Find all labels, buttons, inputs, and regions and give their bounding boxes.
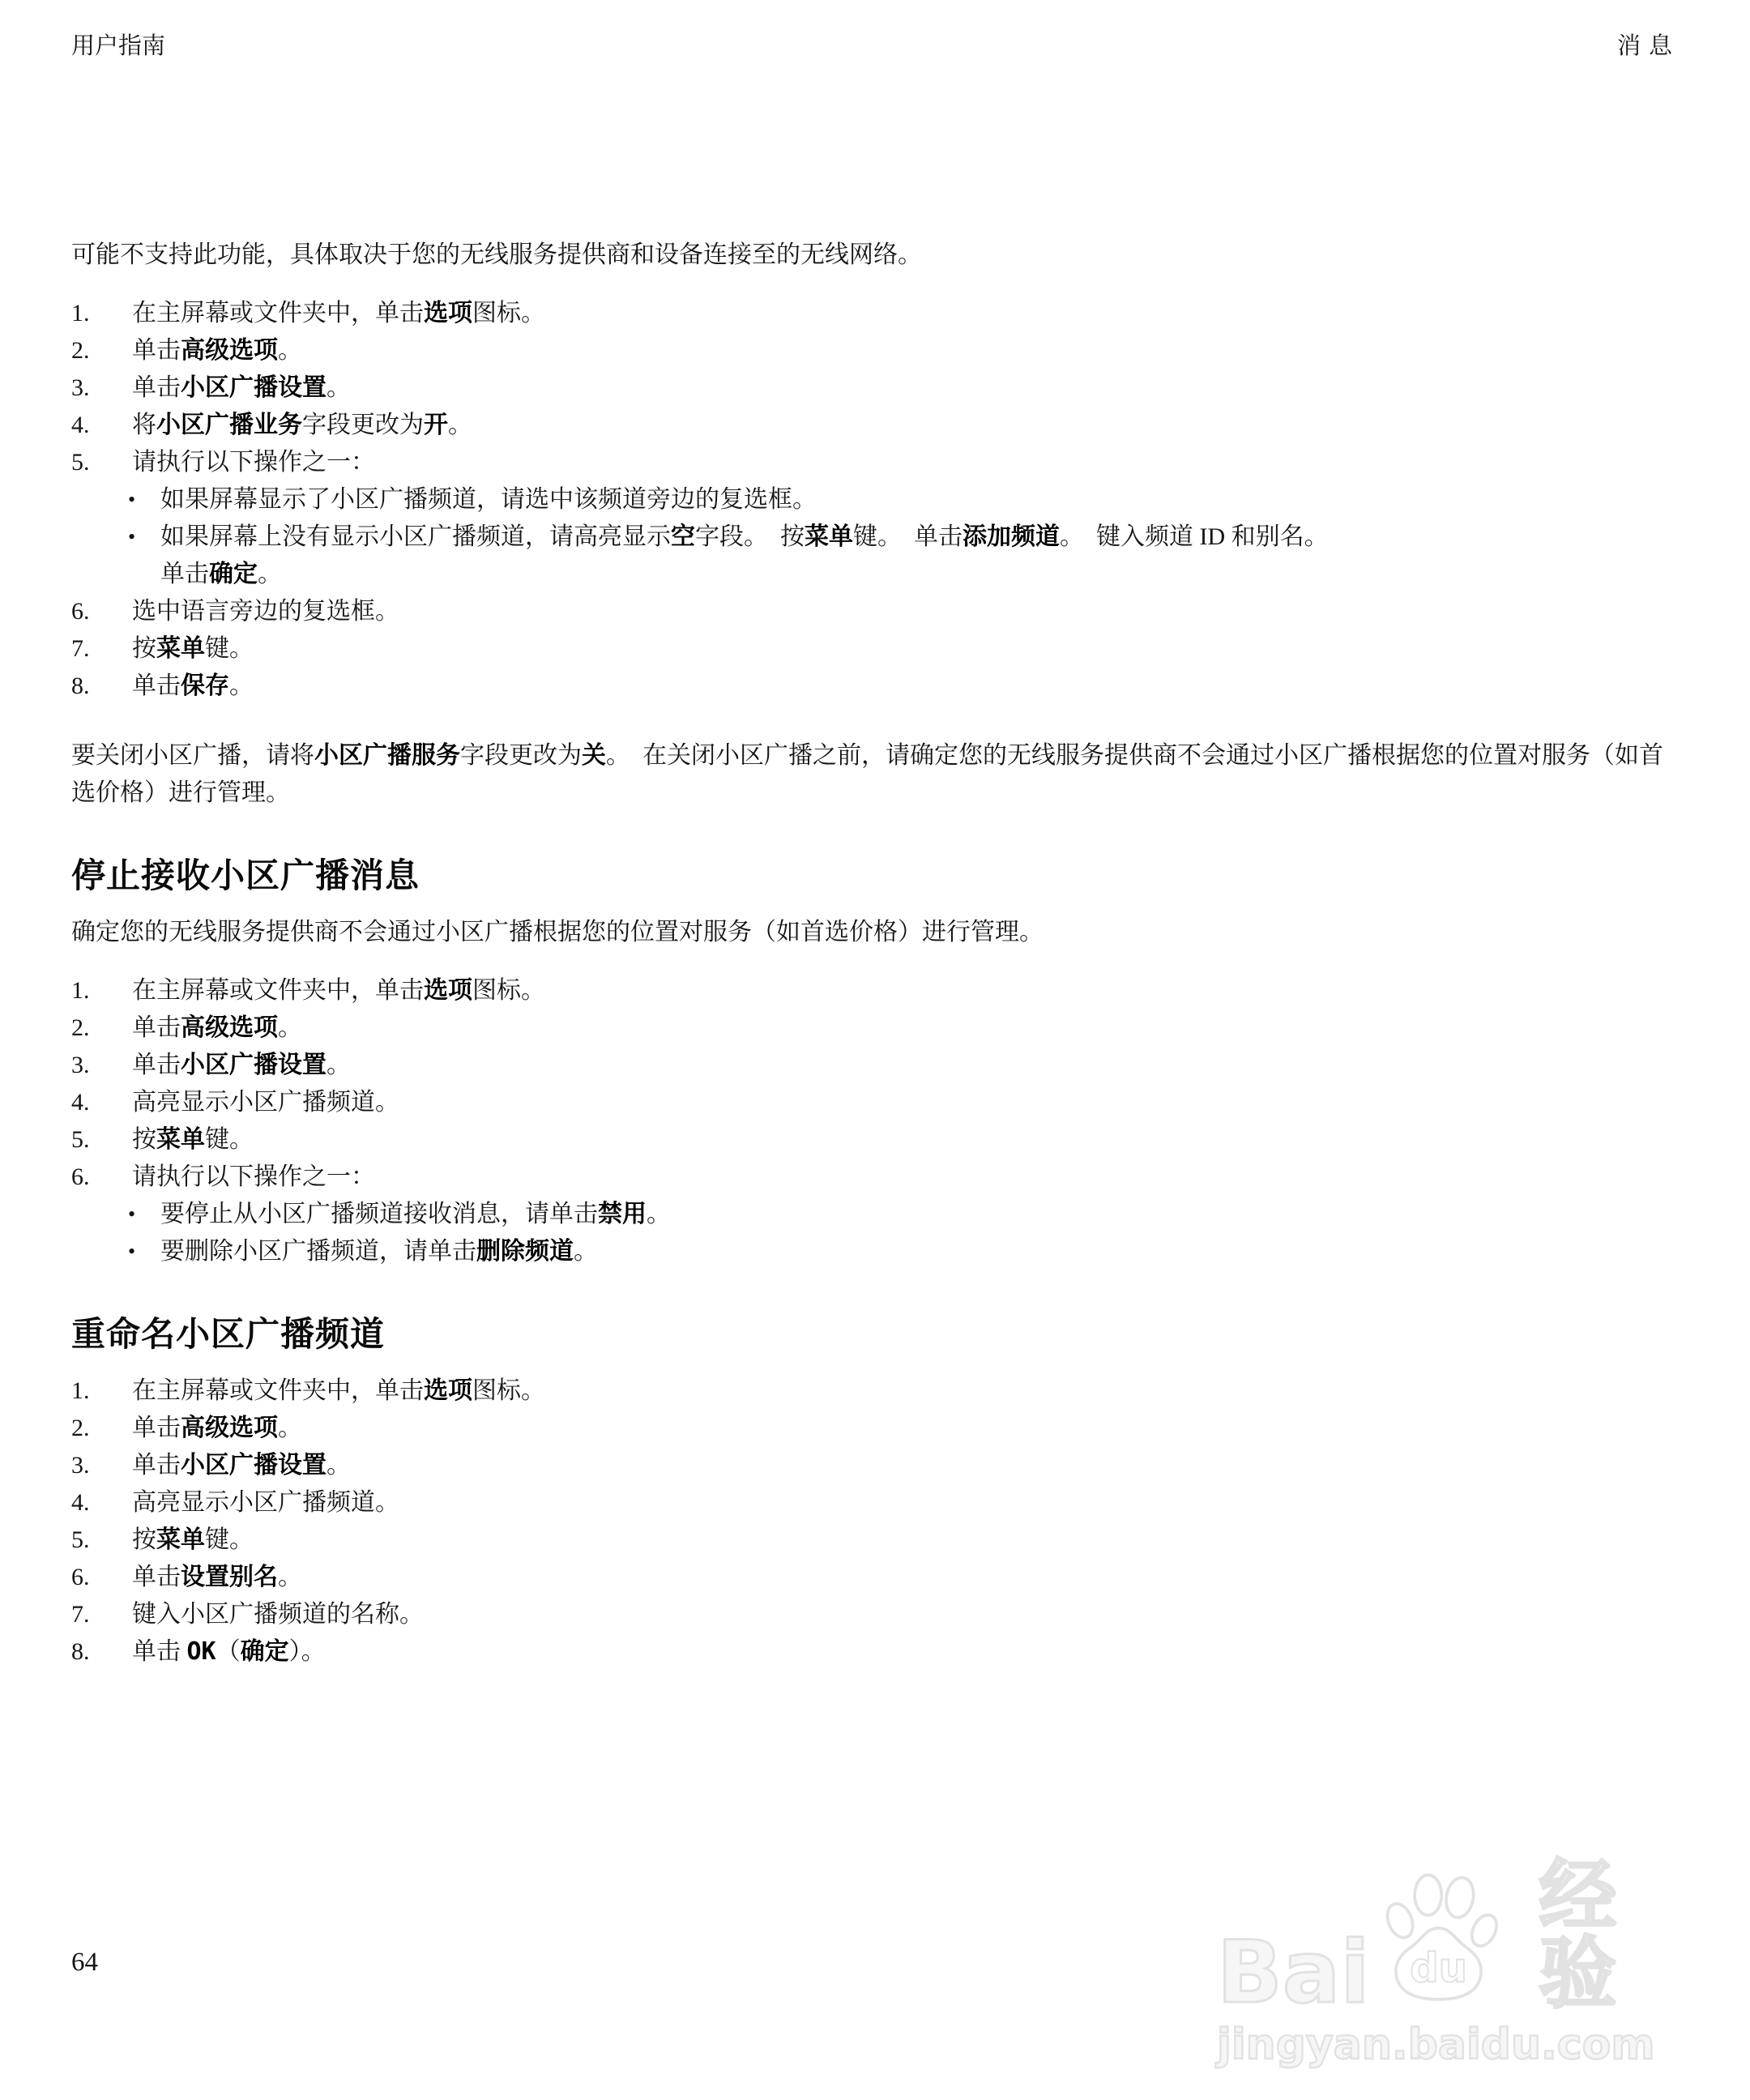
text-segment: 选中语言旁边的复选框。 [132,598,399,625]
text-segment: 按 [132,1526,156,1553]
section-heading: 停止接收小区广播消息 [71,854,1680,898]
text-segment: 。 [448,412,472,438]
list-item-text: 单击高级选项。 [132,332,1680,369]
text-segment: 字段更改为 [302,412,424,438]
text-segment: 。 [647,1201,671,1227]
text-segment: 高亮显示小区广播频道。 [132,1089,399,1116]
text-segment: 设置别名 [181,1564,278,1590]
list-item: 4.高亮显示小区广播频道。 [71,1084,1680,1121]
bullet-icon: • [128,1233,160,1270]
text-segment: 选项 [424,1377,472,1404]
text-segment: 单击 [132,1564,181,1590]
text-segment: 请执行以下操作之一： [132,1163,375,1190]
text-segment: 。 [327,374,351,401]
text-segment: 键。 [205,1526,254,1553]
text-segment: 字段更改为 [460,742,582,769]
text-segment: 关 [582,742,606,769]
text-segment: 菜单 [156,635,205,662]
list-item: 1.在主屏幕或文件夹中，单击选项图标。 [71,1372,1680,1410]
text-segment: ）。 [289,1638,326,1665]
list-item-text: 在主屏幕或文件夹中，单击选项图标。 [132,1372,1680,1410]
list-item-text: 单击保存。 [132,668,1680,705]
list-item: 5.请执行以下操作之一： [71,444,1680,481]
bullet-icon: • [128,481,160,519]
list-item-text: 将小区广播业务字段更改为开。 [132,407,1680,444]
ordered-list: 1.在主屏幕或文件夹中，单击选项图标。2.单击高级选项。3.单击小区广播设置。4… [71,295,1680,705]
list-item-number: 2. [71,1410,132,1447]
list-item-text: 按菜单键。 [132,1522,1680,1559]
text-segment: 字段。 按 [695,523,805,550]
list-item: 1.在主屏幕或文件夹中，单击选项图标。 [71,972,1680,1009]
text-segment: 在主屏幕或文件夹中，单击 [132,300,424,327]
text-segment: 可能不支持此功能，具体取决于您的无线服务提供商和设备连接至的无线网络。 [71,241,922,268]
list-item: 3.单击小区广播设置。 [71,1047,1680,1084]
text-segment: 单击 [132,1052,181,1078]
list-item-text: 单击小区广播设置。 [132,369,1680,407]
list-item-text: 键入小区广播频道的名称。 [132,1596,1680,1633]
list-item-number: 3. [71,1447,132,1484]
text-segment: 要关闭小区广播，请将 [71,742,314,769]
text-segment: 高亮显示小区广播频道。 [132,1489,399,1516]
list-item-text: 单击 OK（确定）。 [132,1633,1680,1671]
list-item-number: 4. [71,1484,132,1522]
list-item: 5.按菜单键。 [71,1522,1680,1559]
list-item: 2.单击高级选项。 [71,1410,1680,1447]
list-item-number: 5. [71,444,132,481]
text-segment: 在主屏幕或文件夹中，单击 [132,977,424,1004]
text-segment: 。 [574,1238,598,1265]
text-segment: 小区广播设置 [181,374,327,401]
list-item: 2.单击高级选项。 [71,332,1680,369]
list-item-text: 高亮显示小区广播频道。 [132,1484,1680,1522]
text-segment: 单击 [132,1415,181,1441]
ordered-list: 1.在主屏幕或文件夹中，单击选项图标。2.单击高级选项。3.单击小区广播设置。4… [71,972,1680,1270]
list-item-text: 按菜单键。 [132,630,1680,668]
text-segment: 确定 [241,1638,289,1665]
text-segment: 图标。 [472,1377,545,1404]
text-segment: 要停止从小区广播频道接收消息，请单击 [160,1201,598,1227]
bullet-icon: • [128,1196,160,1233]
list-item-text: 在主屏幕或文件夹中，单击选项图标。 [132,295,1680,332]
ordered-list: 1.在主屏幕或文件夹中，单击选项图标。2.单击高级选项。3.单击小区广播设置。4… [71,1372,1680,1671]
bullet-item-text: 如果屏幕显示了小区广播频道，请选中该频道旁边的复选框。 [160,481,1680,519]
text-segment: 高级选项 [181,337,278,364]
watermark-brand-cn: 经验 [1503,1857,1654,2016]
text-segment: 删除频道 [476,1238,574,1265]
bullet-item-text: 如果屏幕上没有显示小区广播频道，请高亮显示空字段。 按菜单键。 单击添加频道。 … [160,519,1680,593]
list-item-text: 单击小区广播设置。 [132,1047,1680,1084]
document-content: 可能不支持此功能，具体取决于您的无线服务提供商和设备连接至的无线网络。1.在主屏… [71,237,1680,1703]
list-item-text: 高亮显示小区广播频道。 [132,1084,1680,1121]
text-segment: 。 [278,1014,302,1041]
list-item-text: 单击高级选项。 [132,1009,1680,1047]
text-segment: 如果屏幕显示了小区广播频道，请选中该频道旁边的复选框。 [160,486,817,513]
list-item-number: 1. [71,1372,132,1410]
text-segment: 图标。 [472,300,545,327]
header-left-title: 用户指南 [71,32,165,60]
list-item-number: 2. [71,332,132,369]
list-item: 4.将小区广播业务字段更改为开。 [71,407,1680,444]
text-segment: 。 [327,1452,351,1479]
page-number: 64 [71,1946,98,1978]
text-segment: 键。 单击 [853,523,962,550]
list-item: 3.单击小区广播设置。 [71,369,1680,407]
list-item-text: 按菜单键。 [132,1121,1680,1159]
list-item: 8.单击 OK（确定）。 [71,1633,1680,1671]
bullet-item: •如果屏幕上没有显示小区广播频道，请高亮显示空字段。 按菜单键。 单击添加频道。… [71,519,1680,593]
paragraph: 可能不支持此功能，具体取决于您的无线服务提供商和设备连接至的无线网络。 [71,237,1680,274]
list-item: 7.键入小区广播频道的名称。 [71,1596,1680,1633]
text-segment: 。 [278,1415,302,1441]
text-segment: 。 键入频道 ID 和别名。 [1060,523,1329,550]
list-item: 6.请执行以下操作之一： [71,1159,1680,1196]
list-item-number: 1. [71,972,132,1009]
watermark-logo-row: Bai du 经验 [1217,1854,1654,2016]
list-item: 6.选中语言旁边的复选框。 [71,593,1680,630]
text-segment: 禁用 [598,1201,647,1227]
header-right-title: 消息 [1617,32,1680,60]
text-segment: 。 [327,1052,351,1078]
text-segment: 请执行以下操作之一： [132,449,375,476]
text-segment: 单击 [132,1638,187,1665]
list-item: 2.单击高级选项。 [71,1009,1680,1047]
text-segment: 确定您的无线服务提供商不会通过小区广播根据您的位置对服务（如首选价格）进行管理。 [71,919,1044,945]
list-item-number: 6. [71,1559,132,1596]
list-item-text: 请执行以下操作之一： [132,444,1680,481]
text-segment: 将 [132,412,156,438]
list-item-number: 5. [71,1522,132,1559]
list-item-number: 6. [71,593,132,630]
list-item: 6.单击设置别名。 [71,1559,1680,1596]
list-item: 7.按菜单键。 [71,630,1680,668]
list-item-number: 3. [71,369,132,407]
text-segment: 单击 [132,1452,181,1479]
list-item: 5.按菜单键。 [71,1121,1680,1159]
list-item-number: 1. [71,295,132,332]
watermark-paw-text: du [1410,1944,1467,1991]
list-item-number: 4. [71,407,132,444]
text-segment: 空 [671,523,695,550]
page: 用户指南 消息 可能不支持此功能，具体取决于您的无线服务提供商和设备连接至的无线… [0,0,1750,2100]
text-segment: 添加频道 [962,523,1060,550]
text-segment: 单击 [132,374,181,401]
list-item-number: 7. [71,630,132,668]
bullet-item-text: 要停止从小区广播频道接收消息，请单击禁用。 [160,1196,1680,1233]
list-item: 3.单击小区广播设置。 [71,1447,1680,1484]
text-segment: 单击 [132,672,181,699]
list-item: 1.在主屏幕或文件夹中，单击选项图标。 [71,295,1680,332]
text-segment: 选项 [424,977,472,1004]
text-segment: 。 [278,1564,302,1590]
text-segment: OK [187,1637,216,1666]
text-segment: 开 [424,412,448,438]
text-segment: 高级选项 [181,1014,278,1041]
text-segment: 图标。 [472,977,545,1004]
text-segment: 菜单 [805,523,853,550]
text-segment: （ [216,1638,241,1665]
list-item-number: 6. [71,1159,132,1196]
text-segment: 小区广播设置 [181,1052,327,1078]
list-item-text: 在主屏幕或文件夹中，单击选项图标。 [132,972,1680,1009]
text-segment: 单击 [132,337,181,364]
list-item-number: 5. [71,1121,132,1159]
text-segment: 按 [132,1126,156,1153]
list-item-number: 4. [71,1084,132,1121]
text-segment: 保存 [181,672,229,699]
text-segment: 单击 [160,561,209,587]
text-segment: 菜单 [156,1126,205,1153]
list-item-number: 2. [71,1009,132,1047]
page-header: 用户指南 消息 [71,32,1672,60]
bullet-item: •如果屏幕显示了小区广播频道，请选中该频道旁边的复选框。 [71,481,1680,519]
text-segment: 小区广播服务 [314,742,460,769]
text-segment: 键。 [205,635,254,662]
list-item-text: 单击小区广播设置。 [132,1447,1680,1484]
list-item: 4.高亮显示小区广播频道。 [71,1484,1680,1522]
list-item-number: 8. [71,668,132,705]
bullet-list: •要停止从小区广播频道接收消息，请单击禁用。•要删除小区广播频道，请单击删除频道… [71,1196,1680,1270]
list-item-number: 8. [71,1633,132,1671]
text-segment: 单击 [132,1014,181,1041]
bullet-item: •要停止从小区广播频道接收消息，请单击禁用。 [71,1196,1680,1233]
bullet-item: •要删除小区广播频道，请单击删除频道。 [71,1233,1680,1270]
list-item-text: 单击设置别名。 [132,1559,1680,1596]
text-segment: 选项 [424,300,472,327]
baidu-paw-icon: du [1373,1854,1501,2021]
list-item-text: 请执行以下操作之一： [132,1159,1680,1196]
baidu-jingyan-watermark: Bai du 经验 jingyan.baidu.com [1217,1854,1654,2066]
watermark-brand-prefix: Bai [1217,1930,1370,2016]
text-segment: 按 [132,635,156,662]
text-segment: 小区广播业务 [156,412,302,438]
bullet-item-text: 要删除小区广播频道，请单击删除频道。 [160,1233,1680,1270]
text-segment: 确定 [209,561,258,587]
bullet-icon: • [128,519,160,593]
text-segment: 。 [278,337,302,364]
list-item-text: 选中语言旁边的复选框。 [132,593,1680,630]
text-segment: 。 [258,561,282,587]
bullet-list: •如果屏幕显示了小区广播频道，请选中该频道旁边的复选框。•如果屏幕上没有显示小区… [71,481,1680,593]
text-segment: 在主屏幕或文件夹中，单击 [132,1377,424,1404]
paragraph: 要关闭小区广播，请将小区广播服务字段更改为关。 在关闭小区广播之前，请确定您的无… [71,737,1680,812]
text-segment: 键入小区广播频道的名称。 [132,1601,424,1628]
text-segment: 键。 [205,1126,254,1153]
text-segment: 小区广播设置 [181,1452,327,1479]
list-item: 8.单击保存。 [71,668,1680,705]
text-segment: 。 [229,672,254,699]
text-segment: 菜单 [156,1526,205,1553]
paragraph: 确定您的无线服务提供商不会通过小区广播根据您的位置对服务（如首选价格）进行管理。 [71,914,1680,951]
text-segment: 如果屏幕上没有显示小区广播频道，请高亮显示 [160,523,671,550]
list-item-number: 7. [71,1596,132,1633]
text-segment: 要删除小区广播频道，请单击 [160,1238,476,1265]
list-item-text: 单击高级选项。 [132,1410,1680,1447]
text-segment: 高级选项 [181,1415,278,1441]
list-item-number: 3. [71,1047,132,1084]
section-heading: 重命名小区广播频道 [71,1312,1680,1356]
watermark-url: jingyan.baidu.com [1217,2024,1654,2066]
